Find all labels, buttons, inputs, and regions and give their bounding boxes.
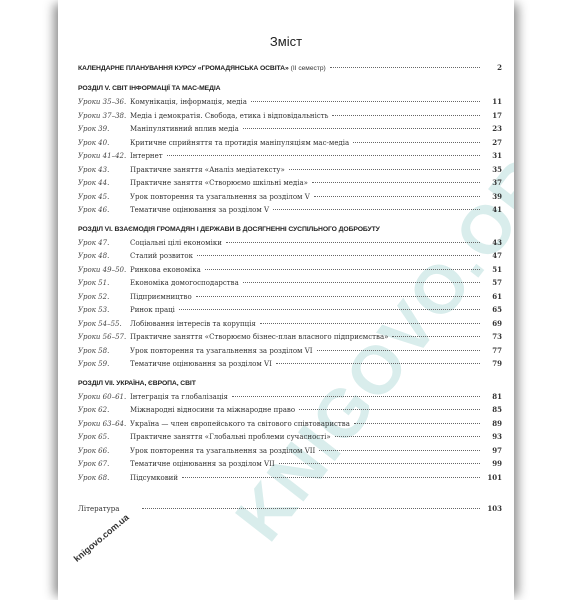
toc-entry[interactable]: Урок 39.Маніпулятивний вплив медіа23 bbox=[78, 124, 502, 138]
page-number: 41 bbox=[484, 205, 502, 214]
page-number: 79 bbox=[484, 359, 502, 368]
lesson-title: Підприємництво bbox=[130, 293, 192, 301]
lesson-title: Лобіювання інтересів та корупція bbox=[130, 320, 256, 328]
lesson-title: Україна — член європейського та світовог… bbox=[130, 420, 350, 428]
toc-entry[interactable]: Урок 44.Практичне заняття «Створюємо шкі… bbox=[78, 178, 502, 192]
page-number: 101 bbox=[484, 473, 502, 482]
lesson-number: Уроки 63–64. bbox=[78, 420, 130, 428]
toc-calendar-row[interactable]: КАЛЕНДАРНЕ ПЛАНУВАННЯ КУРСУ «ГРОМАДЯНСЬК… bbox=[78, 63, 502, 78]
toc-entry[interactable]: Урок 58.Урок повторення та узагальнення … bbox=[78, 346, 502, 360]
lesson-number: Урок 40. bbox=[78, 139, 130, 147]
lesson-title: Медіа і демократія. Свобода, етика і від… bbox=[130, 112, 328, 120]
dot-leader bbox=[260, 323, 480, 324]
dot-leader bbox=[289, 169, 480, 170]
section-heading[interactable]: РОЗДІЛ VII. УКРАЇНА, ЄВРОПА, СВІТ bbox=[78, 377, 502, 390]
dot-leader bbox=[312, 182, 480, 183]
page-title: Зміст bbox=[58, 34, 514, 49]
toc-entry[interactable]: Уроки 60–61.Інтеграція та глобалізація81 bbox=[78, 392, 502, 406]
dot-leader bbox=[251, 101, 480, 102]
lesson-title: Практичне заняття «Створюємо бізнес-план… bbox=[130, 333, 388, 341]
page-number: 17 bbox=[484, 111, 502, 120]
page-number: 2 bbox=[484, 63, 502, 72]
lesson-title: Комунікація, інформація, медіа bbox=[130, 98, 247, 106]
lesson-title: Сталий розвиток bbox=[130, 252, 193, 260]
toc-entry[interactable]: Урок 52.Підприємництво61 bbox=[78, 292, 502, 306]
lesson-number: Уроки 37–38. bbox=[78, 112, 130, 120]
lesson-title: Практичне заняття «Глобальні проблеми су… bbox=[130, 433, 331, 441]
lesson-title: Інтернет bbox=[130, 152, 163, 160]
lesson-title: Тематичне оцінювання за розділом VII bbox=[130, 460, 275, 468]
lesson-title: Маніпулятивний вплив медіа bbox=[130, 125, 239, 133]
toc-entry[interactable]: Урок 65.Практичне заняття «Глобальні про… bbox=[78, 432, 502, 446]
lesson-number: Урок 67. bbox=[78, 460, 130, 468]
dot-leader bbox=[392, 336, 480, 337]
page-number: 65 bbox=[484, 305, 502, 314]
dot-leader bbox=[354, 423, 480, 424]
page-number: 85 bbox=[484, 405, 502, 414]
lesson-number: Урок 68. bbox=[78, 474, 130, 482]
page-number: 39 bbox=[484, 192, 502, 201]
lesson-number: Урок 58. bbox=[78, 347, 130, 355]
page-number: 57 bbox=[484, 278, 502, 287]
lesson-number: Уроки 56–57. bbox=[78, 333, 130, 341]
lesson-title: Ринок праці bbox=[130, 306, 175, 314]
toc-entry[interactable]: Урок 40.Критичне сприйняття та протидія … bbox=[78, 138, 502, 152]
toc-entry[interactable]: Урок 45.Урок повторення та узагальнення … bbox=[78, 192, 502, 206]
lesson-title: Урок повторення та узагальнення за розді… bbox=[130, 447, 315, 455]
toc-entry[interactable]: Урок 51.Економіка домогосподарства57 bbox=[78, 278, 502, 292]
dot-leader bbox=[299, 409, 480, 410]
document-page: KNIGOVO.ORG.UA Зміст КАЛЕНДАРНЕ ПЛАНУВАН… bbox=[58, 0, 514, 600]
dot-leader bbox=[279, 463, 480, 464]
page-number: 43 bbox=[484, 238, 502, 247]
lesson-number: Урок 48. bbox=[78, 252, 130, 260]
dot-leader bbox=[314, 196, 480, 197]
dot-leader bbox=[273, 209, 480, 210]
dot-leader bbox=[197, 255, 480, 256]
page-number: 31 bbox=[484, 151, 502, 160]
dot-leader bbox=[179, 309, 480, 310]
page-number: 93 bbox=[484, 432, 502, 441]
toc-entry[interactable]: Уроки 49–50.Ринкова економіка51 bbox=[78, 265, 502, 279]
page-number: 23 bbox=[484, 124, 502, 133]
lesson-title: Урок повторення та узагальнення за розді… bbox=[130, 193, 310, 201]
toc-entry[interactable]: Уроки 56–57.Практичне заняття «Створюємо… bbox=[78, 332, 502, 346]
lesson-number: Урок 54–55. bbox=[78, 320, 130, 328]
lesson-number: Урок 65. bbox=[78, 433, 130, 441]
lesson-number: Уроки 60–61. bbox=[78, 393, 130, 401]
literature-label: Література bbox=[78, 505, 138, 513]
lesson-number: Урок 66. bbox=[78, 447, 130, 455]
toc-entry[interactable]: Урок 43.Практичне заняття «Аналіз медіат… bbox=[78, 165, 502, 179]
lesson-title: Критичне сприйняття та протидія маніпуля… bbox=[130, 139, 349, 147]
calendar-note: (ІІ семестр) bbox=[291, 65, 326, 72]
lesson-title: Підсумковий bbox=[130, 474, 178, 482]
page-number: 81 bbox=[484, 392, 502, 401]
lesson-title: Міжнародні відносини та міжнародне право bbox=[130, 406, 295, 414]
toc-entry[interactable]: Уроки 63–64.Україна — член європейського… bbox=[78, 419, 502, 433]
page-number: 61 bbox=[484, 292, 502, 301]
lesson-number: Урок 59. bbox=[78, 360, 130, 368]
toc-entry[interactable]: Уроки 37–38.Медіа і демократія. Свобода,… bbox=[78, 111, 502, 125]
lesson-title: Тематичне оцінювання за розділом VI bbox=[130, 360, 272, 368]
dot-leader bbox=[182, 477, 480, 478]
site-watermark: knigovo.com.ua bbox=[72, 512, 131, 564]
lesson-number: Урок 62. bbox=[78, 406, 130, 414]
dot-leader bbox=[317, 350, 480, 351]
page-number: 89 bbox=[484, 419, 502, 428]
lesson-number: Урок 51. bbox=[78, 279, 130, 287]
toc-entry[interactable]: Урок 54–55.Лобіювання інтересів та коруп… bbox=[78, 319, 502, 333]
table-of-contents: КАЛЕНДАРНЕ ПЛАНУВАННЯ КУРСУ «ГРОМАДЯНСЬК… bbox=[78, 63, 502, 518]
lesson-number: Урок 53. bbox=[78, 306, 130, 314]
lesson-title: Економіка домогосподарства bbox=[130, 279, 239, 287]
toc-entry[interactable]: Урок 68.Підсумковий101 bbox=[78, 473, 502, 487]
dot-leader bbox=[353, 142, 480, 143]
lesson-title: Тематичне оцінювання за розділом V bbox=[130, 206, 269, 214]
section-heading[interactable]: РОЗДІЛ V. СВІТ ІНФОРМАЦІЇ ТА МАС-МЕДІА bbox=[78, 82, 502, 95]
lesson-title: Соціальні цілі економіки bbox=[130, 239, 222, 247]
lesson-title: Урок повторення та узагальнення за розді… bbox=[130, 347, 313, 355]
page-number: 51 bbox=[484, 265, 502, 274]
section-heading[interactable]: РОЗДІЛ VI. ВЗАЄМОДІЯ ГРОМАДЯН І ДЕРЖАВИ … bbox=[78, 223, 502, 236]
lesson-number: Уроки 49–50. bbox=[78, 266, 130, 274]
dot-leader bbox=[142, 508, 480, 509]
lesson-title: Ринкова економіка bbox=[130, 266, 201, 274]
page-number: 11 bbox=[484, 97, 502, 106]
calendar-title: КАЛЕНДАРНЕ ПЛАНУВАННЯ КУРСУ «ГРОМАДЯНСЬК… bbox=[78, 65, 289, 72]
toc-entry[interactable]: Урок 67.Тематичне оцінювання за розділом… bbox=[78, 459, 502, 473]
dot-leader bbox=[243, 282, 480, 283]
toc-literature-row[interactable]: Література 103 bbox=[78, 504, 502, 518]
toc-entry[interactable]: Урок 53.Ринок праці65 bbox=[78, 305, 502, 319]
lesson-title: Інтеграція та глобалізація bbox=[130, 393, 228, 401]
page-number: 69 bbox=[484, 319, 502, 328]
lesson-title: Практичне заняття «Створюємо шкільні мед… bbox=[130, 179, 308, 187]
dot-leader bbox=[167, 155, 480, 156]
page-number: 97 bbox=[484, 446, 502, 455]
dot-leader bbox=[205, 269, 480, 270]
lesson-number: Уроки 35–36. bbox=[78, 98, 130, 106]
dot-leader bbox=[243, 128, 480, 129]
page-number: 37 bbox=[484, 178, 502, 187]
page-number: 77 bbox=[484, 346, 502, 355]
dot-leader bbox=[335, 436, 480, 437]
page-number: 99 bbox=[484, 459, 502, 468]
toc-entry[interactable]: Урок 59.Тематичне оцінювання за розділом… bbox=[78, 359, 502, 373]
toc-entry[interactable]: Уроки 35–36.Комунікація, інформація, мед… bbox=[78, 97, 502, 111]
page-number: 27 bbox=[484, 138, 502, 147]
dot-leader bbox=[330, 67, 480, 68]
lesson-number: Урок 46. bbox=[78, 206, 130, 214]
page-number: 47 bbox=[484, 251, 502, 260]
page-number: 103 bbox=[484, 504, 502, 513]
dot-leader bbox=[232, 396, 480, 397]
lesson-number: Урок 47. bbox=[78, 239, 130, 247]
dot-leader bbox=[319, 450, 480, 451]
toc-entry[interactable]: Урок 66.Урок повторення та узагальнення … bbox=[78, 446, 502, 460]
lesson-number: Урок 39. bbox=[78, 125, 130, 133]
toc-sections: РОЗДІЛ V. СВІТ ІНФОРМАЦІЇ ТА МАС-МЕДІАУр… bbox=[78, 82, 502, 486]
dot-leader bbox=[226, 242, 480, 243]
page-number: 73 bbox=[484, 332, 502, 341]
toc-entry[interactable]: Уроки 41–42.Інтернет31 bbox=[78, 151, 502, 165]
dot-leader bbox=[332, 115, 480, 116]
lesson-number: Уроки 41–42. bbox=[78, 152, 130, 160]
toc-entry[interactable]: Урок 62.Міжнародні відносини та міжнарод… bbox=[78, 405, 502, 419]
dot-leader bbox=[276, 363, 480, 364]
page-number: 35 bbox=[484, 165, 502, 174]
toc-entry[interactable]: Урок 48.Сталий розвиток47 bbox=[78, 251, 502, 265]
toc-entry[interactable]: Урок 46.Тематичне оцінювання за розділом… bbox=[78, 205, 502, 219]
lesson-number: Урок 44. bbox=[78, 179, 130, 187]
lesson-title: Практичне заняття «Аналіз медіатексту» bbox=[130, 166, 285, 174]
toc-entry[interactable]: Урок 47.Соціальні цілі економіки43 bbox=[78, 238, 502, 252]
lesson-number: Урок 52. bbox=[78, 293, 130, 301]
dot-leader bbox=[196, 296, 480, 297]
lesson-number: Урок 45. bbox=[78, 193, 130, 201]
lesson-number: Урок 43. bbox=[78, 166, 130, 174]
